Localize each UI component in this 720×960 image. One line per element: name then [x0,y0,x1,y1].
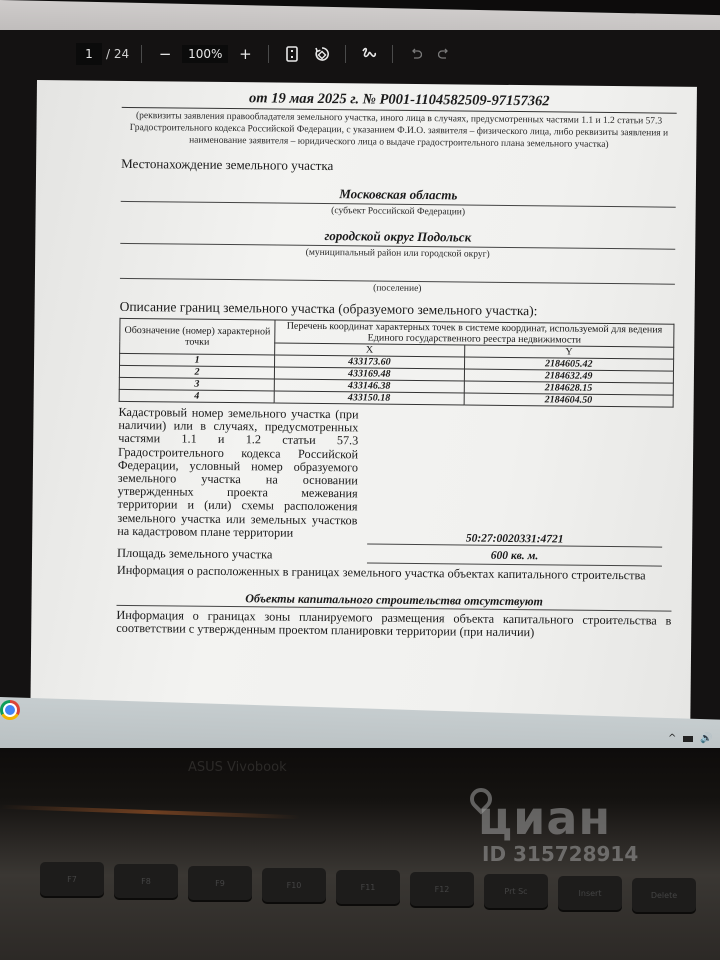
total-pages: / 24 [106,47,129,61]
fit-page-button[interactable] [281,43,303,65]
zoom-in-button[interactable]: + [234,43,256,65]
keyboard-key: F10 [262,868,326,902]
capital-objects-label: Информация о расположенных в границах зе… [117,564,672,583]
zoom-level-input[interactable]: 100% [182,45,228,63]
point-column-header: Обозначение (номер) характерной точки [120,318,275,355]
toolbar-divider [268,45,269,63]
system-tray: ^ 🔊 [668,733,713,744]
watermark-id: ID 315728914 [482,842,638,866]
rotate-icon [314,46,330,62]
keyboard-key: Insert [558,876,622,910]
area-label: Площадь земельного участка [117,546,367,564]
volume-icon[interactable]: 🔊 [700,733,712,744]
pdf-toolbar: / 24 − 100% + [76,38,496,70]
battery-icon[interactable] [683,736,693,742]
page-indicator: / 24 [76,43,129,65]
application-note: (реквизиты заявления правообладателя зем… [121,110,676,152]
laptop-brand-label: ASUS Vivobook [188,760,287,775]
keyboard-key: F8 [114,864,178,898]
draw-button[interactable] [358,43,380,65]
fit-page-icon [286,46,298,62]
coordinates-table: Обозначение (номер) характерной точки Пе… [119,318,675,408]
redo-icon [438,48,450,60]
keyboard-key: F9 [188,866,252,900]
cian-watermark: циан ID 315728914 [448,780,638,866]
keyboard-key: Delete [632,878,696,912]
draw-icon [361,47,377,61]
toolbar-divider [345,45,346,63]
cadastral-label: Кадастровый номер земельного участка (пр… [117,406,358,541]
keyboard-key: F12 [410,872,474,906]
tray-overflow-chevron-icon[interactable]: ^ [668,733,676,744]
keyboard-key: F7 [40,862,104,896]
location-label: Местонахождение земельного участка [121,156,676,178]
cadastral-number: 50:27:0020331:4721 [367,532,662,548]
zoom-out-button[interactable]: − [154,43,176,65]
cell-point: 4 [119,389,274,403]
chrome-icon[interactable] [0,700,20,720]
undo-button[interactable] [405,43,427,65]
pdf-page: от 19 мая 2025 г. № Р001-1104582509-9715… [30,80,697,727]
cell-y: 2184604.50 [464,393,674,407]
watermark-brand: циан [478,794,638,842]
coordinates-table-body: 1433173.602184605.422433169.482184632.49… [119,353,673,407]
keyboard-key: Prt Sc [484,874,548,908]
area-value: 600 кв. м. [367,549,662,567]
boundaries-title: Описание границ земельного участка (обра… [120,299,675,321]
toolbar-divider [392,45,393,63]
current-page-input[interactable] [76,43,102,65]
page-content: от 19 мая 2025 г. № Р001-1104582509-9715… [116,89,677,641]
toolbar-divider [141,45,142,63]
planned-zone-label: Информация о границах зоны планируемого … [116,608,671,641]
cadastral-section: Кадастровый номер земельного участка (пр… [117,406,673,544]
undo-icon [410,48,422,60]
rotate-button[interactable] [311,43,333,65]
redo-button[interactable] [433,43,455,65]
keyboard: F7F8F9F10F11F12Prt ScInsertDelete [0,862,720,960]
cell-x: 433150.18 [274,391,464,405]
keyboard-key: F11 [336,870,400,904]
